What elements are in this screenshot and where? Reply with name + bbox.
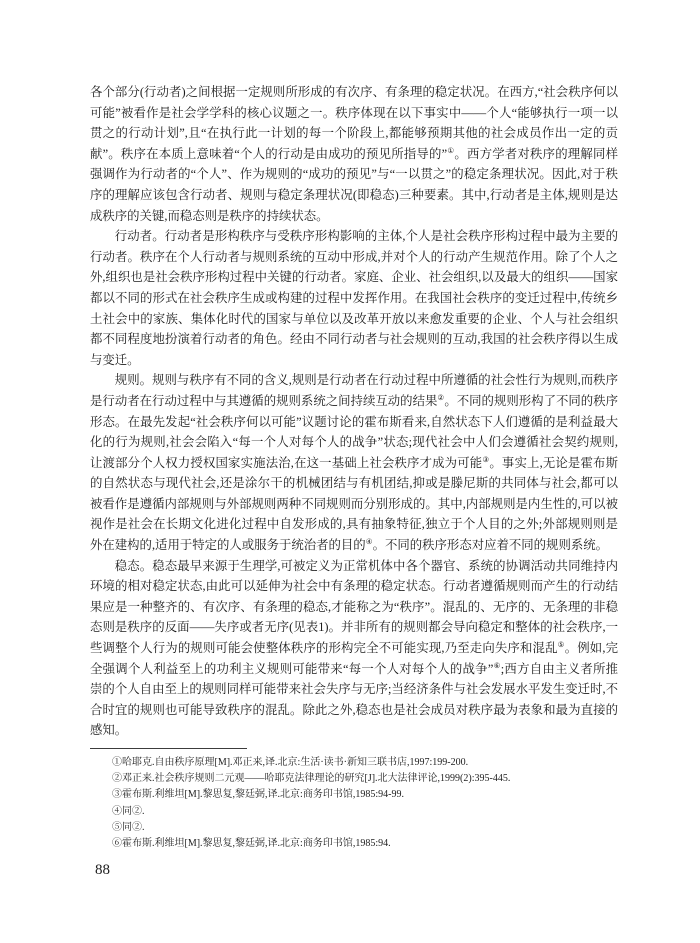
footnote-ref-marker: ⑥: [493, 661, 500, 670]
paragraph-continuation: 各个部分(行动者)之间根据一定规则所形成的有次序、有条理的稳定状况。在西方,“社…: [90, 82, 618, 226]
footnote-ref-marker: ①: [447, 146, 454, 155]
body-text: 各个部分(行动者)之间根据一定规则所形成的有次序、有条理的稳定状况。在西方,“社…: [90, 82, 618, 879]
document-page: 各个部分(行动者)之间根据一定规则所形成的有次序、有条理的稳定状况。在西方,“社…: [0, 0, 700, 943]
footnote-ref-marker: ④: [366, 537, 373, 546]
footnote-ref-marker: ②: [437, 393, 444, 402]
page-number: 88: [95, 862, 618, 879]
footnote-3: ③霍布斯.利维坦[M].黎思复,黎廷弼,译.北京:商务印书馆,1985:94-9…: [112, 787, 618, 803]
footnote-2: ②邓正来.社会秩序规则二元观——哈耶克法律理论的研究[J].北大法律评论,199…: [112, 771, 618, 787]
footnote-ref-marker: ⑤: [558, 640, 565, 649]
footnote-divider: [90, 748, 247, 749]
footnotes-block: ①哈耶克.自由秩序原理[M].邓正来,译.北京:生活·读书·新知三联书店,199…: [90, 755, 618, 852]
paragraph-actors: 行动者。行动者是形构秩序与受秩序形构影响的主体,个人是社会秩序形构过程中最为主要…: [90, 226, 618, 370]
footnote-1: ①哈耶克.自由秩序原理[M].邓正来,译.北京:生活·读书·新知三联书店,199…: [112, 755, 618, 771]
paragraph-rules: 规则。规则与秩序有不同的含义,规则是行动者在行动过程中所遵循的社会性行为规则,而…: [90, 370, 618, 555]
footnote-5: ⑤同②.: [112, 820, 618, 836]
footnote-ref-marker: ③: [482, 455, 489, 464]
footnote-4: ④同②.: [112, 804, 618, 820]
footnote-6: ⑥霍布斯.利维坦[M].黎思复,黎廷弼,译.北京:商务印书馆,1985:94.: [112, 836, 618, 852]
paragraph-homeostasis: 稳态。稳态最早来源于生理学,可被定义为正常机体中各个器官、系统的协调活动共同维持…: [90, 556, 618, 741]
